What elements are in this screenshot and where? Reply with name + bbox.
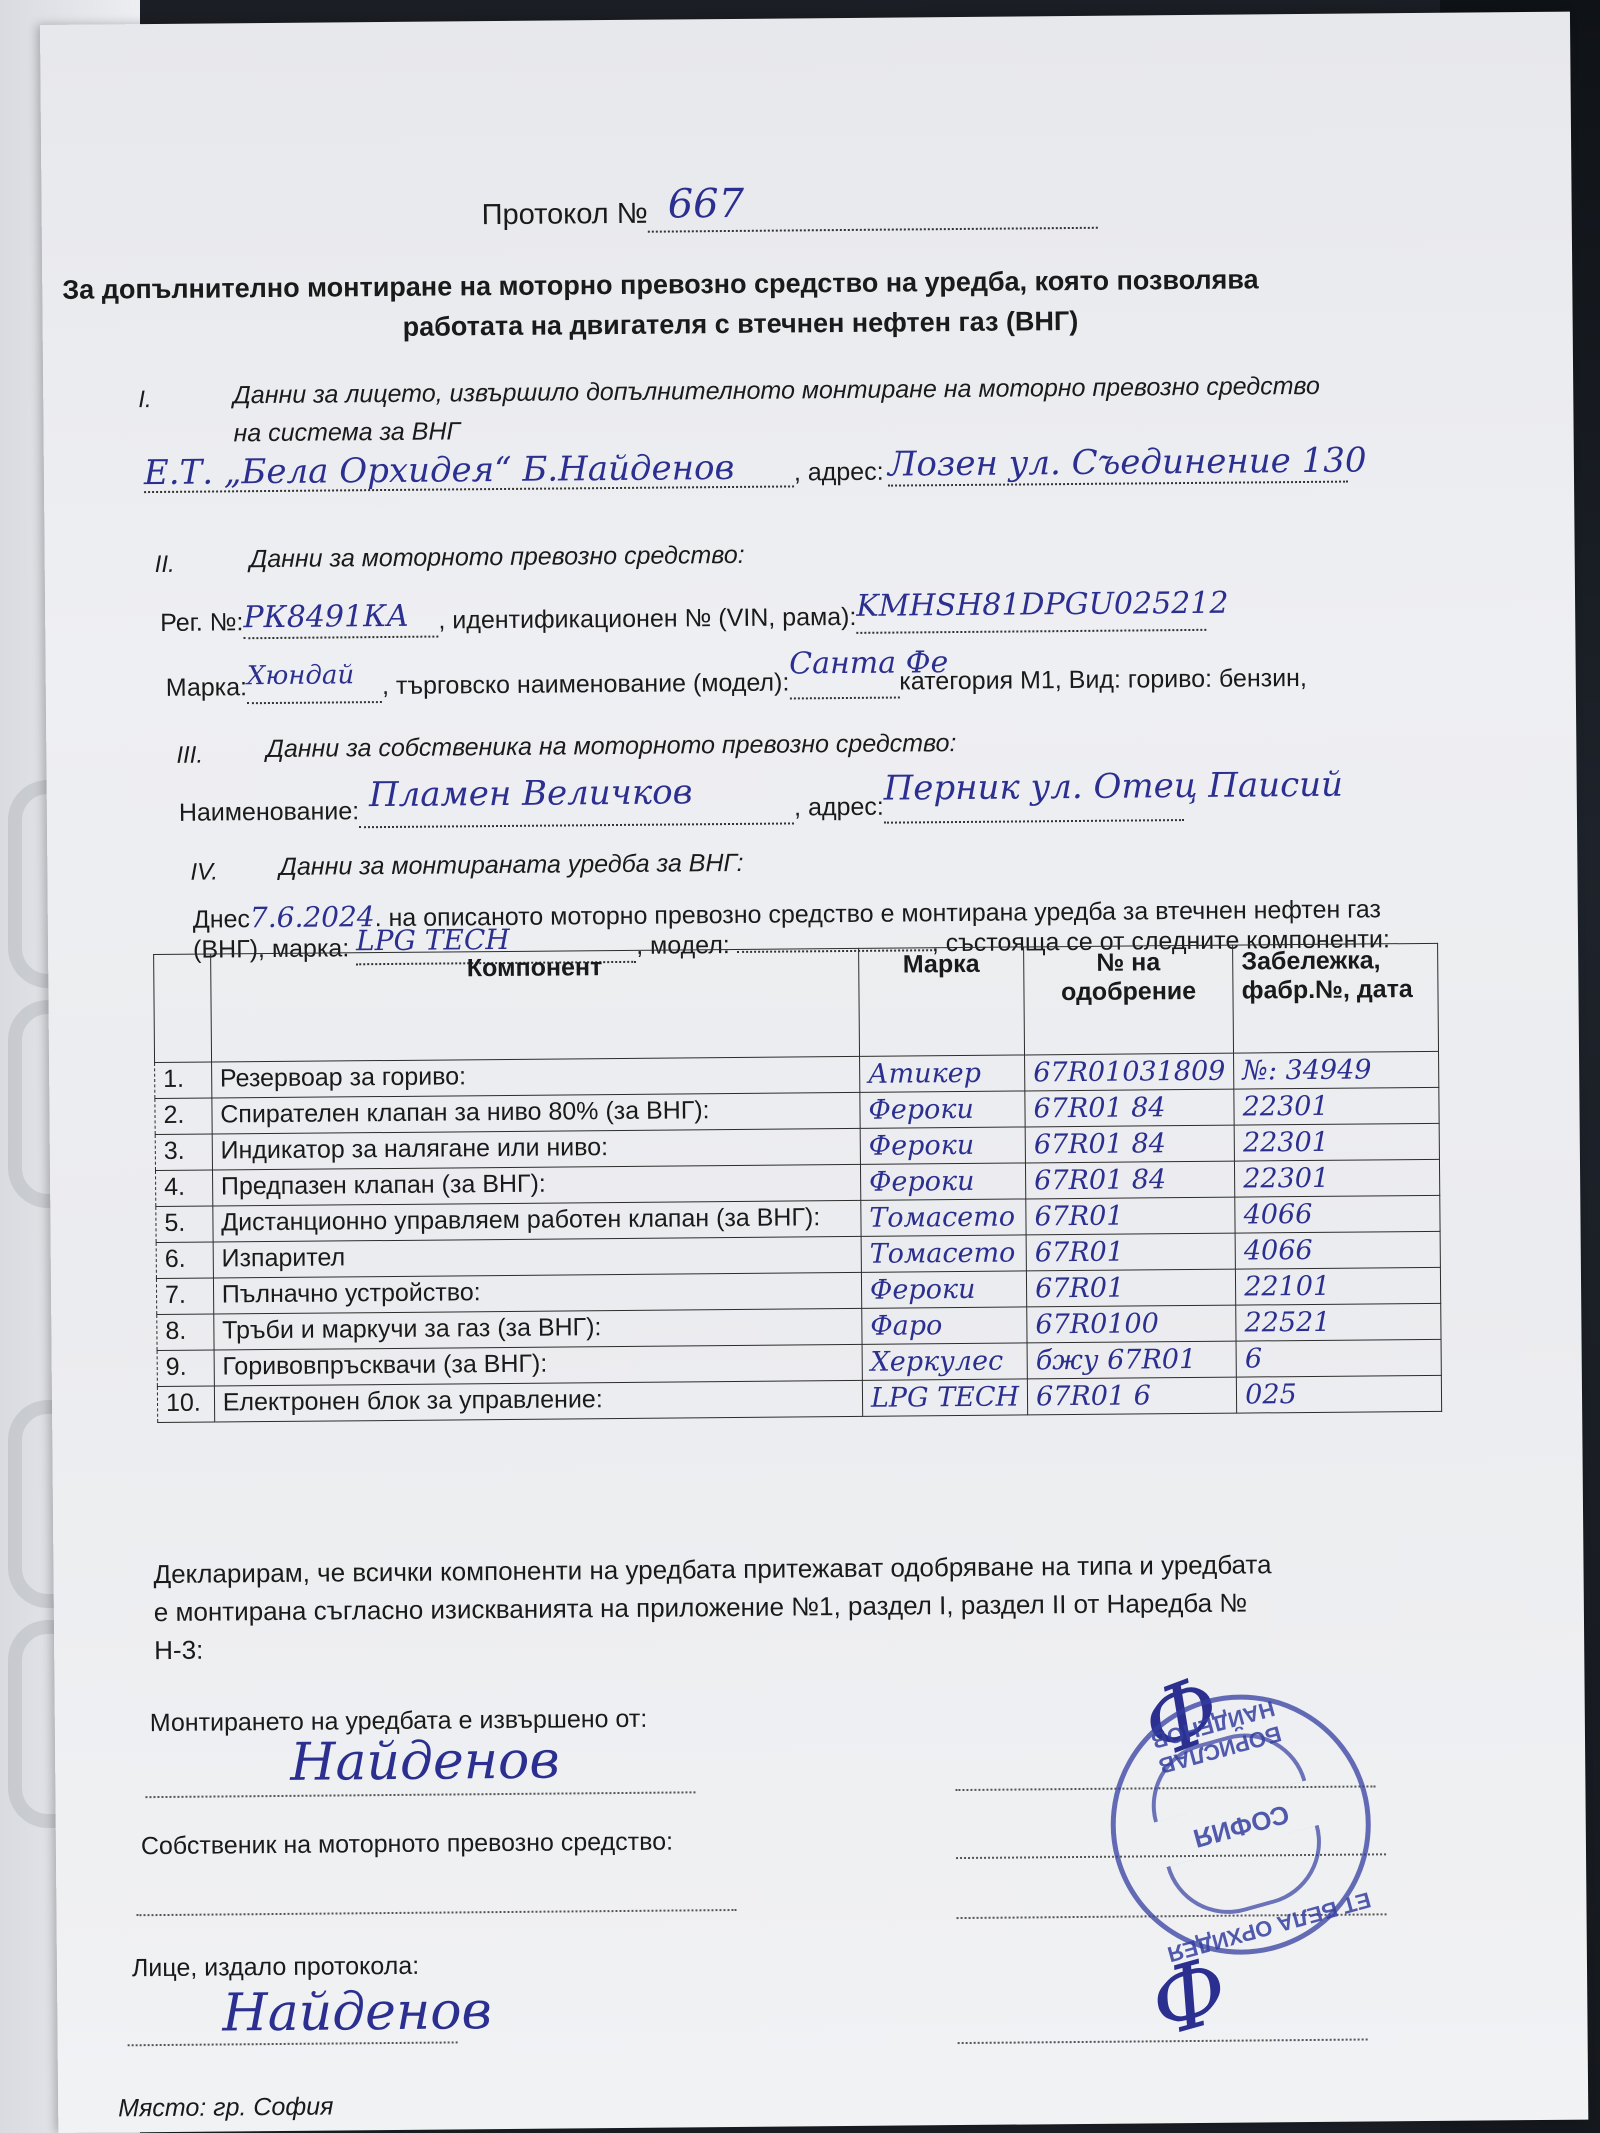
component-name: Пълначно устройство: [213, 1272, 861, 1314]
row-number: 5. [156, 1206, 213, 1242]
section3-number: III. [176, 742, 203, 770]
vehicle-reg-row: Рег. №:РК8491КА , идентификационен № (VI… [160, 600, 1206, 640]
approval-number: 67R0100 [1027, 1305, 1236, 1343]
issuer-signature: Найденов [222, 1981, 492, 2043]
approval-number: 67R01 84 [1026, 1161, 1235, 1199]
component-note: 025 [1237, 1375, 1442, 1413]
section2-number: II. [155, 551, 175, 579]
component-note: 22101 [1236, 1267, 1441, 1305]
component-note: 22301 [1235, 1159, 1440, 1197]
vin-field: KMHSH81DPGU025212 [856, 600, 1206, 634]
owner-row: Наименование:Пламен Величков , адрес:Пер… [179, 790, 1184, 830]
component-note: №: 34949 [1234, 1051, 1439, 1089]
component-name: Спирателен клапан за ниво 80% (за ВНГ): [212, 1092, 860, 1134]
section3-label: Данни за собственика на моторното превоз… [266, 729, 956, 764]
approval-number: бжу 67R01 [1027, 1341, 1236, 1379]
installer-signature: Найденов [290, 1731, 560, 1793]
declaration-line3: Н-3: [154, 1635, 203, 1666]
col-header-component: Компонент [210, 948, 859, 1062]
component-note: 4066 [1235, 1231, 1440, 1269]
component-brand: Фероки [860, 1163, 1025, 1200]
vin-number: KMHSH81DPGU025212 [856, 586, 1228, 624]
company-stamp: ЕТ БЕЛА ОРХИДЕЯ СОФИЯ БОРИСЛАВ НАЙДЕНОВ [1081, 1665, 1401, 1985]
col-header-note: Забележка, фабр.№, дата [1233, 943, 1439, 1053]
model-label: търговско наименование (модел): [396, 668, 790, 699]
installer-name-field: Е.Т. „Бела Орхидея“ Б.Найденов [144, 467, 794, 493]
owner-address-field: Перник ул. Отец Паисий [884, 790, 1184, 824]
protocol-document: Протокол №667 За допълнително монтиране … [40, 12, 1588, 2133]
component-name: Дистанционно управляем работен клапан (з… [213, 1200, 861, 1242]
component-note: 22301 [1234, 1087, 1439, 1125]
approval-number: 67R01 6 [1027, 1377, 1236, 1415]
owner-name: Пламен Величков [369, 772, 693, 815]
component-brand: Херкулес [862, 1343, 1027, 1380]
today-label: Днес [193, 905, 250, 933]
document-title-line2: работата на двигателя с втечнен нефтен г… [403, 306, 1079, 343]
component-brand: LPG TECH [862, 1379, 1027, 1416]
model-field: Санта Фе [789, 668, 899, 700]
row-number: 7. [156, 1278, 213, 1314]
section2-label: Данни за моторното превозно средство: [250, 541, 745, 574]
component-note: 22521 [1236, 1303, 1441, 1341]
component-brand: Фероки [860, 1127, 1025, 1164]
component-brand: Томасето [861, 1235, 1026, 1272]
component-name: Изпарител [213, 1236, 861, 1278]
make-field: Хюндай [247, 672, 382, 704]
vehicle-make: Хюндай [247, 660, 355, 691]
installer-address: Лозен ул. Съединение 130 [888, 440, 1367, 484]
section4-label: Данни за монтираната уредба за ВНГ: [279, 849, 743, 882]
reg-number: РК8491КА [243, 599, 409, 635]
protocol-number: 667 [668, 181, 745, 228]
component-name: Предпазен клапан (за ВНГ): [212, 1164, 860, 1206]
row-number: 10. [157, 1386, 214, 1422]
component-name: Електронен блок за управление: [214, 1380, 862, 1422]
section1-number: I. [138, 386, 152, 414]
component-note: 22301 [1234, 1123, 1439, 1161]
owner-signature-label: Собственик на моторното превозно средств… [141, 1828, 673, 1862]
row-number: 1. [155, 1062, 212, 1098]
owner-name-field: Пламен Величков [359, 793, 794, 828]
issuer-label: Лице, издало протокола: [132, 1952, 419, 1984]
protocol-heading: Протокол №667 [482, 194, 1098, 234]
component-note: 6 [1236, 1339, 1441, 1377]
owner-name-label: Наименование: [179, 797, 359, 827]
approval-number: 67R01 [1026, 1197, 1235, 1235]
component-note: 4066 [1235, 1195, 1440, 1233]
component-brand: Фаро [862, 1307, 1027, 1344]
owner-address: Перник ул. Отец Паисий [883, 765, 1343, 809]
installer-address-label: адрес: [808, 458, 884, 487]
row-number: 6. [156, 1242, 213, 1278]
declaration-line1: Декларирам, че всички компоненти на уред… [153, 1549, 1271, 1590]
col-header-approval: № на одобрение [1024, 945, 1234, 1055]
category-fuel-text: категория М1, Вид: гориво: бензин, [899, 664, 1307, 696]
owner-address-label: адрес: [808, 793, 884, 822]
make-label: Марка: [166, 673, 247, 702]
section1-installer-row: Е.Т. „Бела Орхидея“ Б.Найденов , адрес: … [144, 454, 1348, 494]
approval-number: 67R01 [1026, 1269, 1235, 1307]
declaration-line2: е монтирана съгласно изискванията на при… [154, 1588, 1248, 1629]
row-number: 9. [157, 1350, 214, 1386]
table-header-row: Компонент Марка № на одобрение Забележка… [154, 943, 1439, 1062]
installed-by-signature-line [145, 1791, 695, 1798]
component-brand: Томасето [861, 1199, 1026, 1236]
owner-signature-line [136, 1909, 736, 1916]
component-name: Горивовпръсквачи (за ВНГ): [214, 1344, 862, 1386]
row-number: 8. [157, 1314, 214, 1350]
vehicle-make-row: Марка:Хюндай , търговско наименование (м… [166, 664, 1307, 705]
components-table: Компонент Марка № на одобрение Забележка… [153, 943, 1442, 1423]
approval-number: 67R01 [1026, 1233, 1235, 1271]
row-number: 3. [155, 1134, 212, 1170]
document-title-line1: За допълнително монтиране на моторно пре… [62, 264, 1259, 305]
component-brand: Атикер [859, 1055, 1024, 1092]
section1-label: Данни за лицето, извършило допълнителнот… [233, 372, 1320, 410]
component-brand: Фероки [860, 1091, 1025, 1128]
place: Място: гр. София [118, 2093, 333, 2124]
vin-label: идентификационен № (VIN, рама): [452, 603, 856, 635]
row-number: 2. [155, 1098, 212, 1134]
approval-number: 67R01 84 [1025, 1125, 1234, 1163]
installer-address-field: Лозен ул. Съединение 130 [888, 463, 1348, 487]
component-name: Индикатор за налягане или ниво: [212, 1128, 860, 1170]
protocol-number-field: 667 [648, 194, 1098, 233]
reg-field: РК8491КА [243, 607, 438, 640]
vehicle-model: Санта Фе [789, 645, 948, 681]
component-name: Тръби и маркучи за газ (за ВНГ): [214, 1308, 862, 1350]
row-number: 4. [156, 1170, 213, 1206]
approval-number: 67R01 84 [1025, 1089, 1234, 1127]
component-name: Резервоар за гориво: [211, 1056, 859, 1098]
reg-label: Рег. №: [160, 608, 243, 637]
section4-number: IV. [190, 858, 218, 886]
section1-label-cont: на система за ВНГ [233, 417, 460, 448]
approval-number: 67R01031809 [1025, 1053, 1234, 1091]
component-brand: Фероки [861, 1271, 1026, 1308]
col-header-num [154, 954, 212, 1062]
installer-name: Е.Т. „Бела Орхидея“ Б.Найденов [144, 448, 735, 493]
protocol-label: Протокол № [482, 198, 648, 231]
col-header-brand: Марка [858, 947, 1024, 1056]
